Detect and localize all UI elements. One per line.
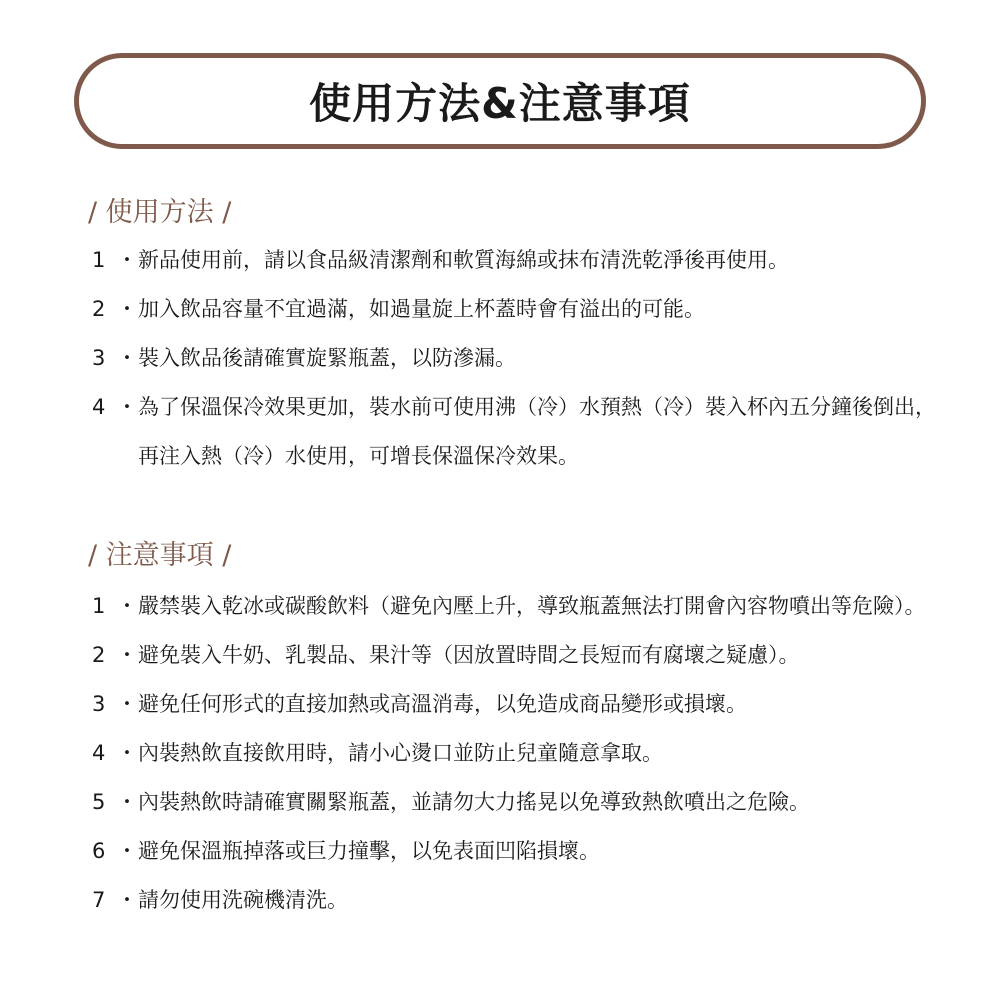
page-title: 使用方法&注意事項 <box>309 71 691 131</box>
list-item: 1 ・ 新品使用前，請以食品級清潔劑和軟質海綿或抹布清洗乾淨後再使用。 <box>92 236 942 285</box>
list-item: 6 ・ 避免保溫瓶掉落或巨力撞擊，以免表面凹陷損壞。 <box>92 827 942 876</box>
list-item: 3 ・ 裝入飲品後請確實旋緊瓶蓋，以防滲漏。 <box>92 334 942 383</box>
item-text: 避免任何形式的直接加熱或高溫消毒，以免造成商品變形或損壞。 <box>138 680 942 729</box>
item-text: 內裝熱飲直接飲用時，請小心燙口並防止兒童隨意拿取。 <box>138 729 942 778</box>
usage-list: 1 ・ 新品使用前，請以食品級清潔劑和軟質海綿或抹布清洗乾淨後再使用。 2 ・ … <box>92 236 942 481</box>
list-item: 3 ・ 避免任何形式的直接加熱或高溫消毒，以免造成商品變形或損壞。 <box>92 680 942 729</box>
bullet-dot: ・ <box>116 729 138 778</box>
list-item: 4 ・ 內裝熱飲直接飲用時，請小心燙口並防止兒童隨意拿取。 <box>92 729 942 778</box>
item-text: 避免裝入牛奶、乳製品、果汁等（因放置時間之長短而有腐壞之疑慮）。 <box>138 631 942 680</box>
item-number: 2 <box>92 631 116 680</box>
item-text: 內裝熱飲時請確實關緊瓶蓋，並請勿大力搖晃以免導致熱飲噴出之危險。 <box>138 778 942 827</box>
item-number: 7 <box>92 876 116 925</box>
item-number: 1 <box>92 236 116 285</box>
section-heading-usage: / 使用方法 / <box>88 190 231 229</box>
bullet-dot: ・ <box>116 778 138 827</box>
list-item: 2 ・ 加入飲品容量不宜過滿，如過量旋上杯蓋時會有溢出的可能。 <box>92 285 942 334</box>
cautions-list: 1 ・ 嚴禁裝入乾冰或碳酸飲料（避免內壓上升，導致瓶蓋無法打開會內容物噴出等危險… <box>92 582 942 925</box>
item-text: 嚴禁裝入乾冰或碳酸飲料（避免內壓上升，導致瓶蓋無法打開會內容物噴出等危險）。 <box>138 582 942 631</box>
bullet-dot: ・ <box>116 680 138 729</box>
bullet-dot: ・ <box>116 285 138 334</box>
item-number: 2 <box>92 285 116 334</box>
item-number: 3 <box>92 680 116 729</box>
item-number: 5 <box>92 778 116 827</box>
list-item: 4 ・ 為了保溫保冷效果更加，裝水前可使用沸（冷）水預熱（冷）裝入杯內五分鐘後倒… <box>92 383 942 481</box>
item-text: 為了保溫保冷效果更加，裝水前可使用沸（冷）水預熱（冷）裝入杯內五分鐘後倒出，再注… <box>138 383 942 481</box>
title-banner: 使用方法&注意事項 <box>74 53 926 149</box>
item-text: 裝入飲品後請確實旋緊瓶蓋，以防滲漏。 <box>138 334 942 383</box>
list-item: 1 ・ 嚴禁裝入乾冰或碳酸飲料（避免內壓上升，導致瓶蓋無法打開會內容物噴出等危險… <box>92 582 942 631</box>
item-number: 3 <box>92 334 116 383</box>
bullet-dot: ・ <box>116 334 138 383</box>
item-text: 避免保溫瓶掉落或巨力撞擊，以免表面凹陷損壞。 <box>138 827 942 876</box>
section-heading-cautions: / 注意事項 / <box>88 533 231 572</box>
item-text: 新品使用前，請以食品級清潔劑和軟質海綿或抹布清洗乾淨後再使用。 <box>138 236 942 285</box>
item-text: 加入飲品容量不宜過滿，如過量旋上杯蓋時會有溢出的可能。 <box>138 285 942 334</box>
bullet-dot: ・ <box>116 827 138 876</box>
bullet-dot: ・ <box>116 631 138 680</box>
list-item: 2 ・ 避免裝入牛奶、乳製品、果汁等（因放置時間之長短而有腐壞之疑慮）。 <box>92 631 942 680</box>
item-number: 1 <box>92 582 116 631</box>
bullet-dot: ・ <box>116 236 138 285</box>
item-number: 4 <box>92 383 116 432</box>
list-item: 7 ・ 請勿使用洗碗機清洗。 <box>92 876 942 925</box>
item-text: 請勿使用洗碗機清洗。 <box>138 876 942 925</box>
bullet-dot: ・ <box>116 876 138 925</box>
bullet-dot: ・ <box>116 383 138 432</box>
list-item: 5 ・ 內裝熱飲時請確實關緊瓶蓋，並請勿大力搖晃以免導致熱飲噴出之危險。 <box>92 778 942 827</box>
item-number: 6 <box>92 827 116 876</box>
item-number: 4 <box>92 729 116 778</box>
bullet-dot: ・ <box>116 582 138 631</box>
